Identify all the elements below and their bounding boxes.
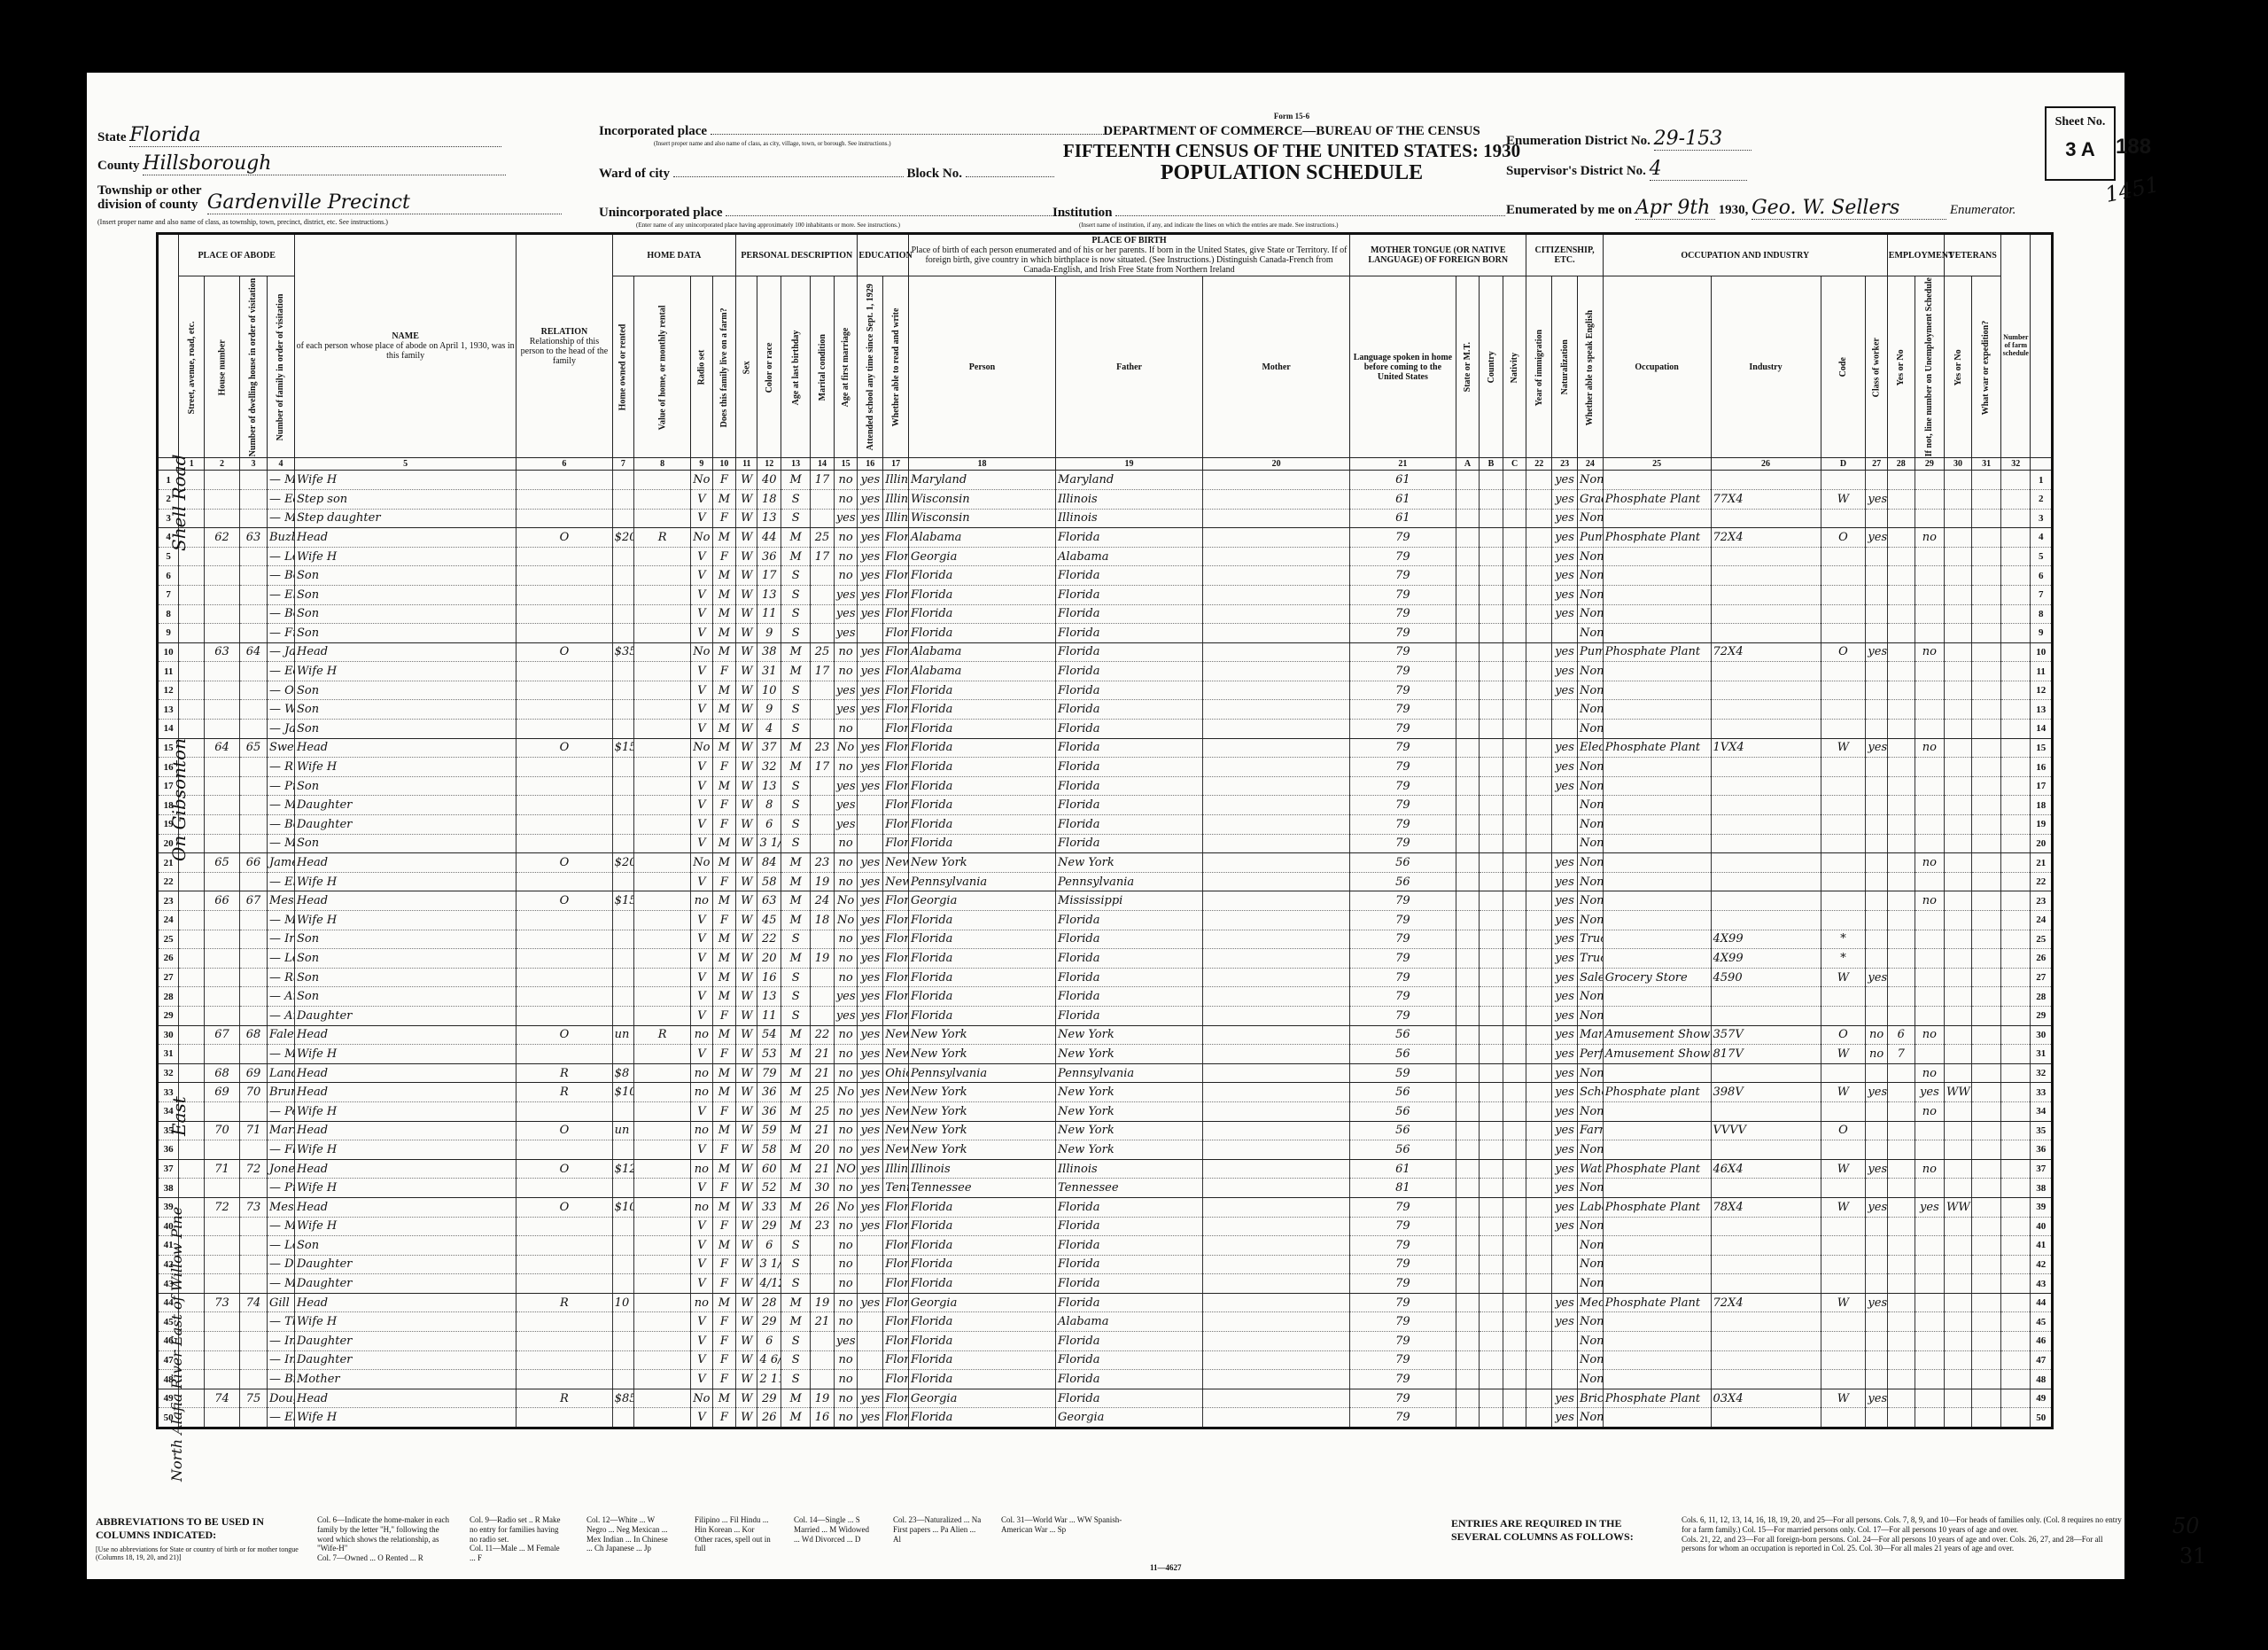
empty-cell xyxy=(1203,1370,1350,1389)
cell-radio xyxy=(634,1274,691,1294)
empty-cell xyxy=(1456,796,1480,815)
cell-mbp: New York xyxy=(1056,1083,1203,1102)
cell-val: $1000 xyxy=(612,1197,633,1217)
empty-cell xyxy=(1456,1408,1480,1428)
cell-own: O xyxy=(517,1025,612,1045)
cell-race: W xyxy=(736,1332,757,1351)
cell-occ: Pumber Contractor xyxy=(1577,528,1603,548)
cell-mbp: New York xyxy=(1056,1101,1203,1121)
column-number: 32 xyxy=(2001,458,2031,471)
cell-ocode xyxy=(1711,1408,1821,1428)
cell-race: W xyxy=(736,1101,757,1121)
cell-vet: no xyxy=(1915,1025,1944,1045)
cell-code: 79 xyxy=(1350,1274,1456,1294)
empty-cell xyxy=(1503,815,1526,835)
line-number-right: 36 xyxy=(2031,1140,2053,1160)
cell-sex: F xyxy=(712,662,736,681)
cell-unemp xyxy=(1887,509,1915,528)
cell-dw xyxy=(205,681,240,700)
cell-work: no xyxy=(1866,1025,1887,1045)
empty-cell xyxy=(1526,720,1552,739)
line-number-right: 46 xyxy=(2031,1332,2053,1351)
line-number-right: 20 xyxy=(2031,834,2053,853)
cell-sex: F xyxy=(712,1408,736,1428)
cell-sch: no xyxy=(834,528,858,548)
cell-cls xyxy=(1821,604,1866,624)
empty-cell xyxy=(1203,1236,1350,1256)
cell-val xyxy=(612,509,633,528)
cell-afm xyxy=(811,585,835,604)
cell-eng: yes xyxy=(1552,1006,1578,1025)
cell-afm xyxy=(811,566,835,586)
empty-cell xyxy=(1503,509,1526,528)
cell-code: 79 xyxy=(1350,642,1456,662)
cell-fbp: Florida xyxy=(908,911,1055,930)
empty-cell xyxy=(2001,738,2031,758)
group-education: EDUCATION xyxy=(858,234,909,276)
cell-dw xyxy=(205,1255,240,1274)
cell-bp: Illinois xyxy=(883,489,909,509)
cell-occ: Performing xyxy=(1577,1045,1603,1064)
cell-bp: Illinois xyxy=(883,509,909,528)
line-number-right: 43 xyxy=(2031,1274,2053,1294)
cell-work: yes xyxy=(1866,1293,1887,1312)
cell-ocode: 4X99 xyxy=(1711,949,1821,969)
cell-war xyxy=(1945,547,1972,566)
cell-war xyxy=(1945,1063,1972,1083)
cell-ocode xyxy=(1711,1006,1821,1025)
cell-eng: yes xyxy=(1552,776,1578,796)
empty-cell xyxy=(1526,815,1552,835)
cell-bp: Florida xyxy=(883,642,909,662)
cell-farm: V xyxy=(691,815,712,835)
cell-farm: V xyxy=(691,758,712,777)
cell-vet xyxy=(1915,815,1944,835)
cell-rel: Head xyxy=(295,1197,517,1217)
cell-age: 2 11/12 xyxy=(757,1370,781,1389)
cell-ocode xyxy=(1711,1370,1821,1389)
empty-cell xyxy=(1203,911,1350,930)
cell-name: Brunt Jasper J. xyxy=(267,1083,294,1102)
cell-mbp: Florida xyxy=(1056,1274,1203,1294)
cell-fam xyxy=(239,911,267,930)
column-number: 28 xyxy=(1887,458,1915,471)
cell-eng xyxy=(1552,700,1578,720)
column-number: 22 xyxy=(1526,458,1552,471)
cell-fbp: Florida xyxy=(908,566,1055,586)
empty-cell xyxy=(2001,1140,2031,1160)
empty-cell xyxy=(1526,1255,1552,1274)
cell-vet: no xyxy=(1915,891,1944,911)
empty-cell xyxy=(1480,1217,1503,1236)
line-number-right: 49 xyxy=(2031,1389,2053,1408)
empty-cell xyxy=(1456,949,1480,969)
empty-cell xyxy=(1456,700,1480,720)
cell-val xyxy=(612,815,633,835)
cell-rw xyxy=(858,1312,883,1332)
empty-cell xyxy=(1456,1083,1480,1102)
cell-race: W xyxy=(736,1063,757,1083)
cell-afm: 30 xyxy=(811,1179,835,1198)
empty-cell xyxy=(1526,1274,1552,1294)
cell-vet xyxy=(1915,872,1944,891)
cell-occ: Salesman xyxy=(1577,968,1603,987)
line-number-right: 3 xyxy=(2031,509,2053,528)
cell-mbp: Alabama xyxy=(1056,1312,1203,1332)
cell-mar: S xyxy=(781,1274,811,1294)
cell-sch: no xyxy=(834,662,858,681)
cell-ocode xyxy=(1711,853,1821,873)
empty-cell xyxy=(2001,834,2031,853)
empty-cell xyxy=(1203,566,1350,586)
cell-farm: V xyxy=(691,911,712,930)
empty-cell xyxy=(1203,1045,1350,1064)
cell-occ: None xyxy=(1577,1350,1603,1370)
cell-eng: yes xyxy=(1552,566,1578,586)
empty-cell xyxy=(2001,471,2031,490)
table-row: 46— Imogene T.DaughterVFW6SyesFloridaFlo… xyxy=(158,1332,2053,1351)
cell-dw xyxy=(205,489,240,509)
cell-sch: no xyxy=(834,1236,858,1256)
cell-sex: M xyxy=(712,1236,736,1256)
empty-cell xyxy=(1526,1063,1552,1083)
cell-rel: Wife H xyxy=(295,758,517,777)
cell-age: 58 xyxy=(757,872,781,891)
empty-cell xyxy=(1503,547,1526,566)
cell-cls xyxy=(1821,662,1866,681)
street-cell xyxy=(179,566,205,586)
cell-rw: yes xyxy=(858,642,883,662)
empty-cell xyxy=(1526,834,1552,853)
cell-val: $85. xyxy=(612,1389,633,1408)
cell-sex: M xyxy=(712,1121,736,1140)
cell-name: — Florence A. xyxy=(267,1140,294,1160)
cell-ocode xyxy=(1711,1179,1821,1198)
cell-sex: M xyxy=(712,930,736,949)
cell-dw xyxy=(205,796,240,815)
cell-rel: Head xyxy=(295,1293,517,1312)
cell-ocode xyxy=(1711,1255,1821,1274)
cell-own xyxy=(517,1236,612,1256)
empty-cell xyxy=(1526,489,1552,509)
empty-cell xyxy=(1480,1312,1503,1332)
cell-rel: Wife H xyxy=(295,1312,517,1332)
street-cell xyxy=(179,604,205,624)
line-number-right: 19 xyxy=(2031,815,2053,835)
cell-radio: R xyxy=(634,1025,691,1045)
cell-code: 79 xyxy=(1350,987,1456,1007)
column-number: 31 xyxy=(1971,458,2000,471)
cell-farm: No xyxy=(691,738,712,758)
cell-unemp xyxy=(1887,1101,1915,1121)
cell-rel: Son xyxy=(295,968,517,987)
empty-cell xyxy=(2001,509,2031,528)
cell-radio xyxy=(634,720,691,739)
empty-cell xyxy=(1526,547,1552,566)
cell-ocode xyxy=(1711,776,1821,796)
cell-ocode xyxy=(1711,509,1821,528)
cell-unemp xyxy=(1887,1006,1915,1025)
cell-fbp: Florida xyxy=(908,987,1055,1007)
cell-fbp: Florida xyxy=(908,604,1055,624)
table-row: 497475Douglas Ashley B.HeadR$85.NoMW29M1… xyxy=(158,1389,2053,1408)
empty-cell xyxy=(1971,1274,2000,1294)
cell-race: W xyxy=(736,489,757,509)
cell-sch: no xyxy=(834,547,858,566)
subheader-21: State or M.T. xyxy=(1456,276,1480,458)
empty-cell xyxy=(1971,1332,2000,1351)
cell-vet xyxy=(1915,624,1944,643)
cell-name: — Bernice xyxy=(267,815,294,835)
cell-bp: Florida xyxy=(883,796,909,815)
cell-ind xyxy=(1603,930,1711,949)
cell-farm: no xyxy=(691,891,712,911)
table-row: 377172Jones Richard D.HeadO$1200noMW60M2… xyxy=(158,1159,2053,1179)
cell-sex: F xyxy=(712,1350,736,1370)
street-cell xyxy=(179,1006,205,1025)
cell-vet xyxy=(1915,1179,1944,1198)
cell-rw: yes xyxy=(858,1025,883,1045)
cell-unemp xyxy=(1887,738,1915,758)
cell-age: 6 xyxy=(757,815,781,835)
cell-rel: Head xyxy=(295,528,517,548)
cell-work: yes xyxy=(1866,528,1887,548)
cell-mar: S xyxy=(781,815,811,835)
cell-work: yes xyxy=(1866,1197,1887,1217)
empty-cell xyxy=(1526,1332,1552,1351)
cell-vet: no xyxy=(1915,1063,1944,1083)
cell-radio xyxy=(634,604,691,624)
empty-cell xyxy=(1503,1389,1526,1408)
cell-bp: Florida xyxy=(883,1408,909,1428)
subheader-8: Radio set xyxy=(691,276,712,458)
cell-ind xyxy=(1603,1350,1711,1370)
empty-cell xyxy=(1480,1389,1503,1408)
cell-name: — Benson D. xyxy=(267,566,294,586)
cell-fbp: Florida xyxy=(908,1255,1055,1274)
cell-eng: yes xyxy=(1552,872,1578,891)
cell-occ: None xyxy=(1577,1332,1603,1351)
cell-cls xyxy=(1821,700,1866,720)
line-number-right: 15 xyxy=(2031,738,2053,758)
cell-own: O xyxy=(517,1197,612,1217)
cell-dw: 67 xyxy=(205,1025,240,1045)
cell-farm: V xyxy=(691,872,712,891)
empty-cell xyxy=(1203,681,1350,700)
empty-cell xyxy=(1203,1083,1350,1102)
cell-eng: yes xyxy=(1552,930,1578,949)
cell-unemp: 7 xyxy=(1887,1045,1915,1064)
cell-unemp xyxy=(1887,1063,1915,1083)
cell-age: 6 xyxy=(757,1236,781,1256)
cell-rw: yes xyxy=(858,528,883,548)
cell-unemp xyxy=(1887,700,1915,720)
table-row: 9— Frances O.SonVMW9SyesFloridaFloridaFl… xyxy=(158,624,2053,643)
empty-cell xyxy=(1480,815,1503,835)
unincorporated-note: (Enter name of any unincorporated place … xyxy=(636,222,900,229)
cell-rel: Daughter xyxy=(295,1274,517,1294)
cell-war xyxy=(1945,1255,1972,1274)
cell-eng xyxy=(1552,1236,1578,1256)
cell-fam xyxy=(239,815,267,835)
cell-ind xyxy=(1603,624,1711,643)
page-stamp-188: 188 xyxy=(2116,135,2151,160)
cell-radio xyxy=(634,1350,691,1370)
cell-val xyxy=(612,624,633,643)
cell-rel: Head xyxy=(295,642,517,662)
cell-dw: 65 xyxy=(205,853,240,873)
cell-mbp: Florida xyxy=(1056,1332,1203,1351)
cell-afm xyxy=(811,930,835,949)
cell-mbp: New York xyxy=(1056,1025,1203,1045)
cell-name: — Preston L. xyxy=(267,776,294,796)
cell-mbp: Florida xyxy=(1056,815,1203,835)
cell-race: W xyxy=(736,1350,757,1370)
cell-war xyxy=(1945,1408,1972,1428)
cell-sex: F xyxy=(712,796,736,815)
cell-dw xyxy=(205,1140,240,1160)
cell-occ: None xyxy=(1577,1101,1603,1121)
cell-cls xyxy=(1821,1408,1866,1428)
cell-ocode xyxy=(1711,1063,1821,1083)
cell-work xyxy=(1866,1274,1887,1294)
cell-val xyxy=(612,681,633,700)
empty-cell xyxy=(1456,872,1480,891)
subheader-9: Does this family live on a farm? xyxy=(712,276,736,458)
cell-ind xyxy=(1603,566,1711,586)
empty-cell xyxy=(1503,796,1526,815)
cell-own xyxy=(517,1312,612,1332)
cell-cls xyxy=(1821,547,1866,566)
cell-name: — Mabel E. xyxy=(267,1274,294,1294)
cell-vet xyxy=(1915,796,1944,815)
cell-radio xyxy=(634,738,691,758)
cell-rw: yes xyxy=(858,987,883,1007)
column-number: 25 xyxy=(1603,458,1711,471)
cell-val xyxy=(612,1236,633,1256)
cell-fbp: New York xyxy=(908,1101,1055,1121)
column-number: 9 xyxy=(691,458,712,471)
cell-fbp: Florida xyxy=(908,681,1055,700)
cell-sch: yes xyxy=(834,987,858,1007)
cell-farm: V xyxy=(691,930,712,949)
cell-own: O xyxy=(517,891,612,911)
cell-val xyxy=(612,968,633,987)
cell-rw: yes xyxy=(858,1159,883,1179)
cell-code: 56 xyxy=(1350,1101,1456,1121)
subheader-6: Home owned or rented xyxy=(612,276,633,458)
county-field: County Hillsborough xyxy=(97,152,506,175)
cell-bp: New York xyxy=(883,1083,909,1102)
cell-own xyxy=(517,949,612,969)
cell-dw xyxy=(205,776,240,796)
cell-dw: 70 xyxy=(205,1121,240,1140)
cell-val xyxy=(612,1350,633,1370)
cell-bp: Illinois xyxy=(883,471,909,490)
cell-rel: Son xyxy=(295,834,517,853)
cell-fam xyxy=(239,930,267,949)
cell-farm: V xyxy=(691,1101,712,1121)
subheader-14: Age at first marriage xyxy=(834,276,858,458)
cell-ocode: 4590 xyxy=(1711,968,1821,987)
cell-ocode xyxy=(1711,872,1821,891)
cell-mar: M xyxy=(781,891,811,911)
cell-val xyxy=(612,566,633,586)
cell-own xyxy=(517,987,612,1007)
cell-val xyxy=(612,1006,633,1025)
cell-war xyxy=(1945,509,1972,528)
cell-unemp xyxy=(1887,642,1915,662)
cell-age: 13 xyxy=(757,585,781,604)
cell-rel: Wife H xyxy=(295,1101,517,1121)
cell-mbp: Florida xyxy=(1056,796,1203,815)
cell-val xyxy=(612,949,633,969)
cell-code: 79 xyxy=(1350,911,1456,930)
cell-fam xyxy=(239,1274,267,1294)
cell-name: — Winston M. xyxy=(267,700,294,720)
cell-afm: 21 xyxy=(811,1312,835,1332)
cell-val xyxy=(612,776,633,796)
cell-fam xyxy=(239,1255,267,1274)
cell-occ: Laborer xyxy=(1577,1197,1603,1217)
cell-dw: 66 xyxy=(205,891,240,911)
empty-cell xyxy=(1456,624,1480,643)
cell-work xyxy=(1866,1408,1887,1428)
empty-cell xyxy=(1971,1197,2000,1217)
street-cell xyxy=(179,1140,205,1160)
cell-cls: O xyxy=(1821,528,1866,548)
cell-age: 16 xyxy=(757,968,781,987)
cell-eng: yes xyxy=(1552,987,1578,1007)
empty-cell xyxy=(1971,547,2000,566)
cell-vet xyxy=(1915,1236,1944,1256)
empty-cell xyxy=(1480,1332,1503,1351)
ed-value: 29-153 xyxy=(1654,128,1751,151)
cell-eng: yes xyxy=(1552,585,1578,604)
empty-cell xyxy=(1526,1025,1552,1045)
cell-code: 79 xyxy=(1350,662,1456,681)
cell-fbp: Florida xyxy=(908,1332,1055,1351)
cell-own xyxy=(517,834,612,853)
cell-afm xyxy=(811,1236,835,1256)
cell-mbp: Florida xyxy=(1056,604,1203,624)
table-row: 326869Landis William D.HeadR$8noMW79M21n… xyxy=(158,1063,2053,1083)
cell-name: — Ruby E. xyxy=(267,758,294,777)
cell-afm: 19 xyxy=(811,872,835,891)
cell-work xyxy=(1866,1217,1887,1236)
cell-age: 45 xyxy=(757,911,781,930)
cell-own xyxy=(517,604,612,624)
cell-fbp: Alabama xyxy=(908,642,1055,662)
cell-sex: F xyxy=(712,1140,736,1160)
empty-cell xyxy=(1456,776,1480,796)
cell-unemp xyxy=(1887,987,1915,1007)
cell-fbp: Florida xyxy=(908,1350,1055,1370)
cell-work xyxy=(1866,1312,1887,1332)
line-number: 10 xyxy=(158,642,179,662)
cell-mar: S xyxy=(781,681,811,700)
empty-cell xyxy=(1456,987,1480,1007)
empty-cell xyxy=(1480,585,1503,604)
table-row: 20— Malcolm C. Jr.SonVMW3 1/2SnoFloridaF… xyxy=(158,834,2053,853)
cell-sch: no xyxy=(834,1025,858,1045)
cell-unemp xyxy=(1887,681,1915,700)
line-number: 11 xyxy=(158,662,179,681)
cell-afm: 23 xyxy=(811,853,835,873)
cell-mar: M xyxy=(781,1101,811,1121)
cell-fbp: Maryland xyxy=(908,471,1055,490)
cell-fam xyxy=(239,585,267,604)
